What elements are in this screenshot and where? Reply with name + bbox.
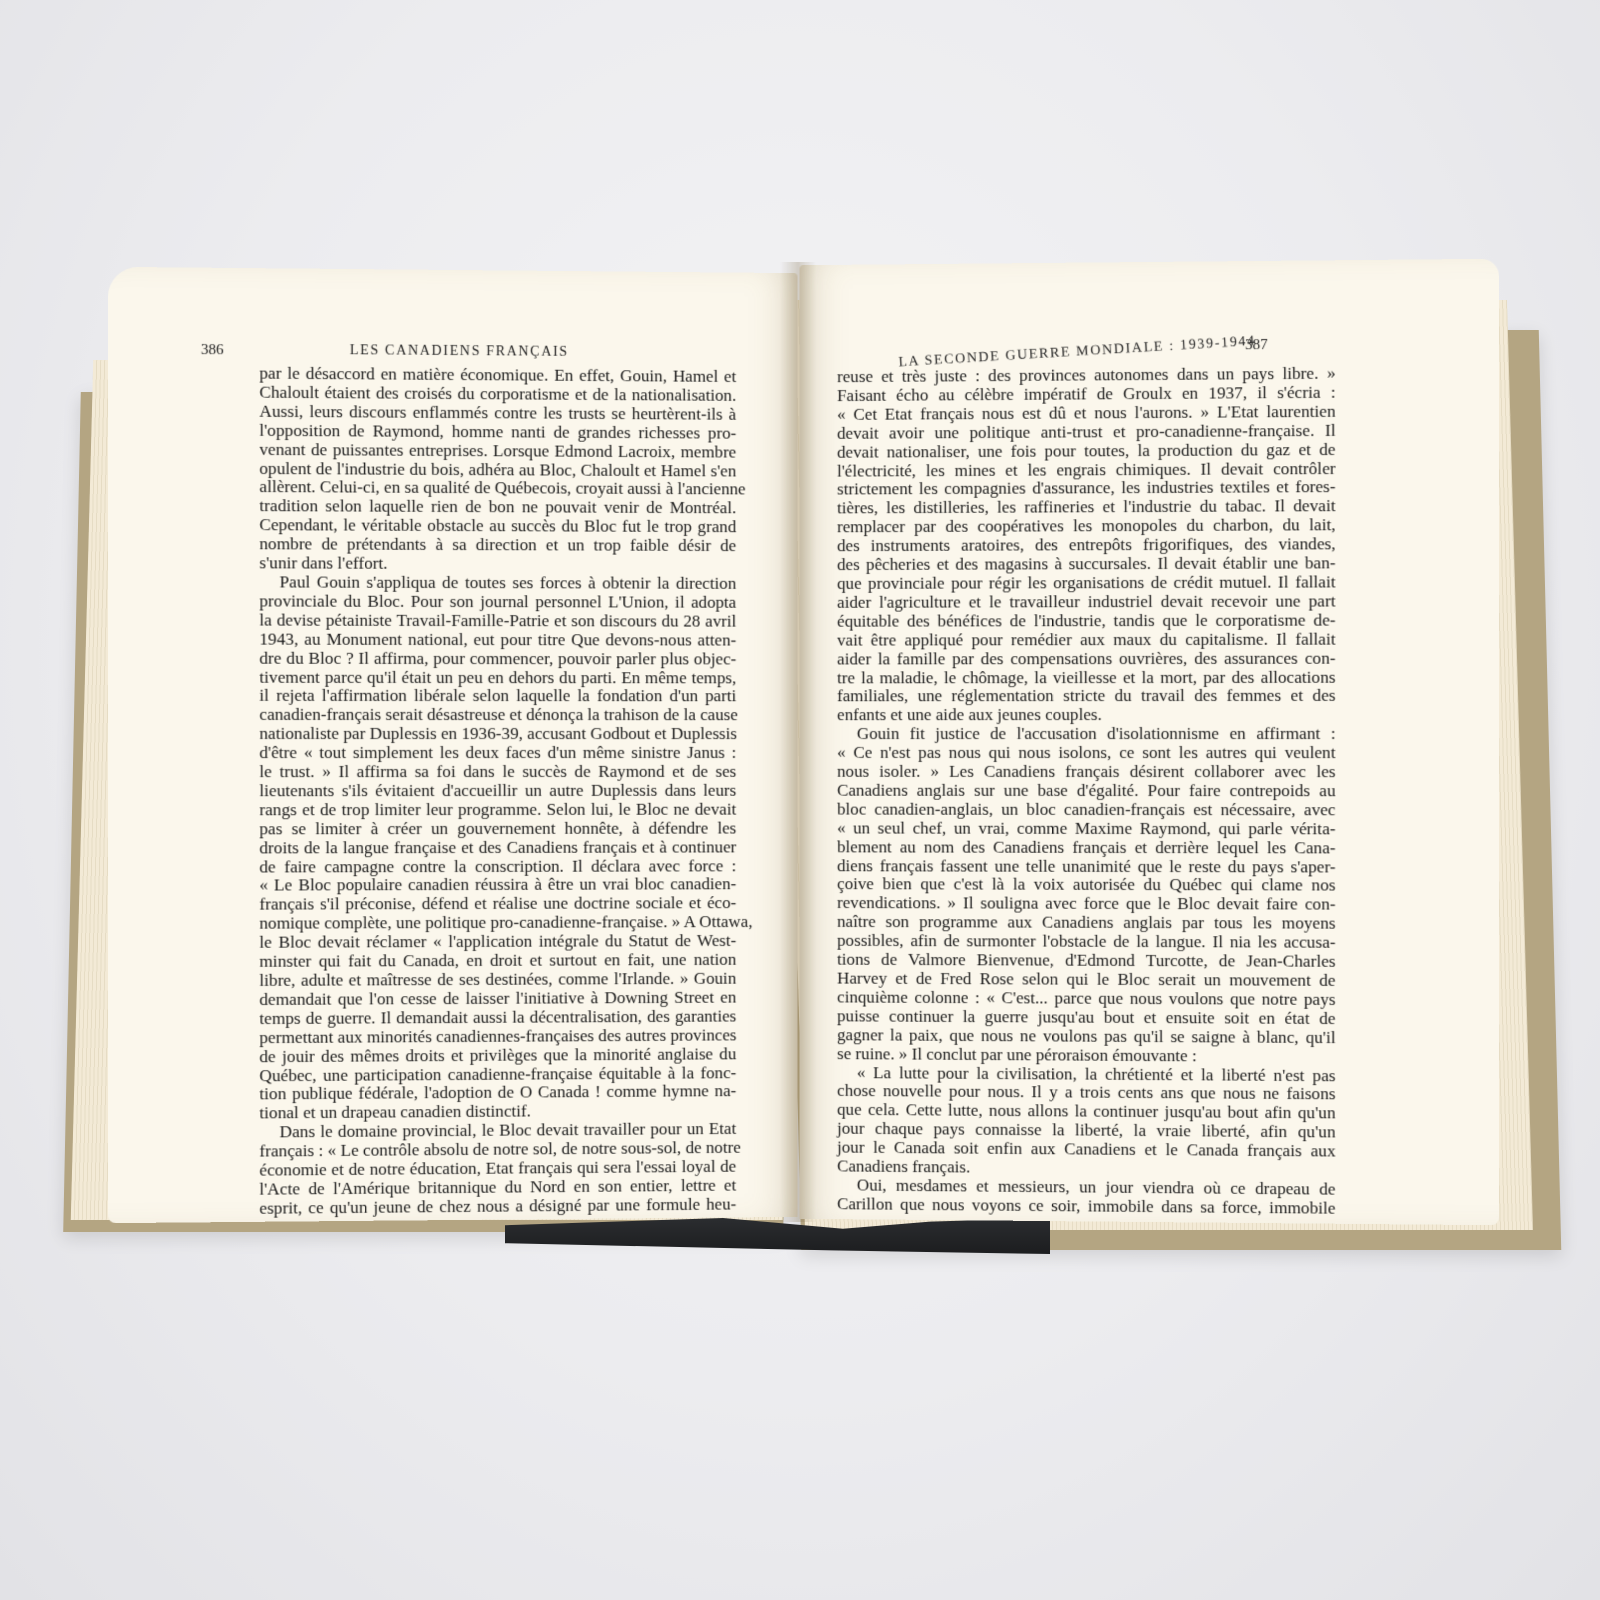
text-line: la devise pétainiste Travail-Famille-Pat…	[259, 611, 736, 631]
text-line: il rejeta l'affirmation libérale selon l…	[259, 687, 736, 706]
page-body-text: par le désaccord en matière économique. …	[259, 365, 736, 1219]
page-body-text: reuse et très juste : des provinces auto…	[837, 365, 1336, 1219]
book-spine-tape	[505, 1218, 1050, 1254]
text-line: Gouin fit justice de l'accusation d'isol…	[837, 725, 1336, 744]
running-head: LES CANADIENS FRANÇAIS	[350, 343, 569, 361]
text-line: canadien-français serait désastreuse et …	[259, 706, 736, 725]
text-line: rangs et de trop limiter leur programme.…	[259, 801, 736, 820]
text-line: nous isoler. » Les Canadiens français dé…	[837, 763, 1336, 782]
text-line: tivement parce qu'il était un peu en deh…	[259, 668, 736, 688]
text-line: provinciale du Bloc. Pour son journal pe…	[259, 592, 736, 612]
right-page: LA SECONDE GUERRE MONDIALE : 1939-1944 3…	[800, 259, 1500, 1226]
text-line: lieutenants s'ils évitaient d'accueillir…	[259, 782, 736, 801]
gutter-shadow	[780, 262, 816, 1222]
text-line: vait être appliqué pour remédier aux mau…	[837, 630, 1336, 650]
text-line: d'être « tout simplement les deux faces …	[259, 744, 736, 763]
page-number: 387	[1245, 337, 1268, 354]
text-line: dre du Bloc ? Il affirma, pour commencer…	[259, 649, 736, 669]
text-line: bloc canadien-anglais, un bloc canadien-…	[837, 800, 1336, 820]
text-line: aider la famille par des compensations o…	[837, 649, 1336, 669]
text-line: droits de la langue française et des Can…	[259, 838, 736, 858]
text-line: Canadiens anglais sur une base d'égalité…	[837, 782, 1336, 801]
text-line: nationaliste par Duplessis en 1936-39, a…	[259, 725, 736, 744]
text-line: « un seul chef, un vrai, comme Maxime Ra…	[837, 819, 1336, 839]
text-line: 1943, au Monument national, eut pour tit…	[259, 630, 736, 650]
text-line: « Ce n'est pas nous qui nous isolons, ce…	[837, 744, 1336, 763]
text-line: esprit, ce qu'un jeune de chez nous a dé…	[259, 1195, 736, 1218]
text-line: aider l'agriculture et le travailleur in…	[837, 592, 1336, 612]
text-line: tre la maladie, le chômage, la vieilless…	[837, 668, 1336, 688]
text-line: Carillon que nous voyons ce soir, immobi…	[837, 1195, 1336, 1218]
text-line: équitable des bénéfices de l'industrie, …	[837, 611, 1336, 631]
text-line: enfants et une aide aux jeunes couples.	[837, 706, 1336, 725]
left-page: 386 LES CANADIENS FRANÇAIS par le désacc…	[108, 267, 798, 1223]
text-line: le trust. » Il affirma sa foi dans le su…	[259, 763, 736, 782]
page-number: 386	[201, 342, 224, 359]
text-line: familiales, une réglementation stricte d…	[837, 687, 1336, 706]
text-line: pas se limiter à créer un gouvernement h…	[259, 819, 736, 839]
text-line: blement au nom des Canadiens français et…	[837, 838, 1336, 858]
